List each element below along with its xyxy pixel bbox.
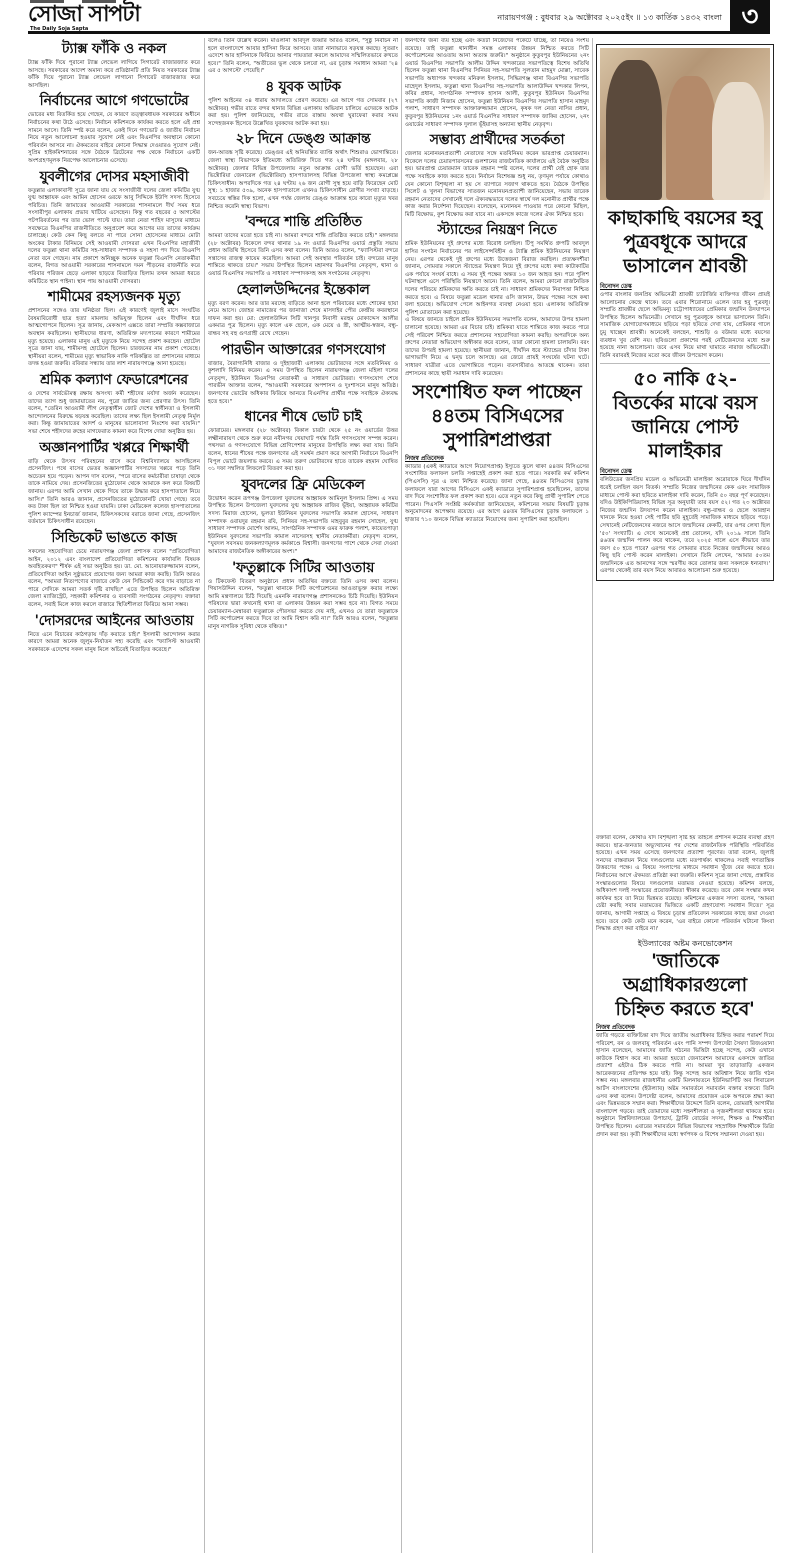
article-collaborators: 'দোসরদের আইনের আওতায় নিতে এনে বিচারের ক… bbox=[28, 612, 200, 655]
article-referendum: নির্বাচনের আগে গণভোটের ভোরের মধ্য বিতর্ক… bbox=[28, 92, 200, 165]
column-3: জনগণের জন্য ব্যয় হচ্ছে এবং কতটা নিজেদের… bbox=[405, 38, 589, 1553]
headline: ট্যাক্স ফাঁকি ও নকল bbox=[28, 40, 200, 58]
headline: 'জাতিকে অগ্রাধিকারগুলো চিহ্নিত করতে হবে' bbox=[596, 949, 774, 1021]
article-obituary: হেলালউদ্দিনের ইন্তেকাল মৃত্যু বরণ করেন। … bbox=[208, 281, 398, 339]
byline: নিজস্ব প্রতিবেদক bbox=[405, 456, 589, 464]
headline: সিন্ডিকেট ভাঙতে কাজ bbox=[28, 529, 200, 547]
column-1: ট্যাক্স ফাঁকি ও নকল ট্যাক্স ফাঁকি দিয়ে … bbox=[28, 38, 200, 1553]
headline: নির্বাচনের আগে গণভোটের bbox=[28, 92, 200, 110]
headline: যুবদলের ফ্রি মেডিকেল bbox=[208, 476, 398, 494]
headline: শ্রমিক কল্যাণ ফেডারেশনের bbox=[28, 371, 200, 389]
article-body: ফোরামের। মঙ্গলবার (২৮ অক্টোবর) বিকাল চার… bbox=[208, 428, 398, 474]
masthead: সোজা সাপটা The Daily Soja Sapta নারায়ণগ… bbox=[28, 0, 770, 34]
article-body: শ্রমিক ইউনিয়নের দুই গ্রুপের মধ্যে বিরোধ… bbox=[405, 241, 589, 317]
article-shamim-death: শামীমের রহস্যজনক মৃত্যু প্রশাসনের সঙ্গেও… bbox=[28, 288, 200, 369]
byline: নিজস্ব প্রতিবেদক bbox=[596, 1025, 774, 1033]
article-body: আমরা তাদের মতো হতে চাই না। আমরা বন্দরে শ… bbox=[208, 233, 398, 279]
person-figure bbox=[666, 76, 716, 200]
article-candidates-caution: সম্ভাব্য প্রার্থীদের সতর্কতা জেলার মনোনয… bbox=[405, 131, 589, 219]
article-body: জেলার মনোনয়নপ্রত্যাশী নেতাদের সঙ্গে মতব… bbox=[405, 151, 589, 219]
headline: হেলালউদ্দিনের ইন্তেকাল bbox=[208, 281, 398, 299]
news-photo bbox=[600, 48, 770, 200]
article-labour-federation: শ্রমিক কল্যাণ ফেডারেশনের ও দেশের সার্বভৌ… bbox=[28, 371, 200, 437]
article-stand-control: স্ট্যান্ডের নিয়ন্ত্রণ নিতে শ্রমিক ইউনিয… bbox=[405, 221, 589, 378]
headline: 'বন্দরে শান্তি প্রতিষ্ঠিত bbox=[208, 213, 398, 231]
article-bandar-peace: 'বন্দরে শান্তি প্রতিষ্ঠিত আমরা তাদের মতো… bbox=[208, 213, 398, 279]
article-body: উদ্বোধন করেন রূপগঞ্জ উপজেলা যুবদলের আহ্ব… bbox=[208, 496, 398, 557]
article-body: জন-আতঙ্ক সৃষ্টি করেছে। ডেঙ্গুর এই অনিয়ন… bbox=[208, 150, 398, 211]
article-student-drugged: অজ্ঞানপার্টির খপ্পরে শিক্ষার্থী বাড়ি থে… bbox=[28, 439, 200, 527]
article-body: ও দেশের সার্বভৌমত্ব রক্ষায় অসংখ্য কর্মী… bbox=[28, 391, 200, 437]
article-free-medical: যুবদলের ফ্রি মেডিকেল উদ্বোধন করেন রূপগঞ্… bbox=[208, 476, 398, 557]
article-body: এ বিষয়ে জানতে চাইলে শ্রমিক ইউনিয়নের সভ… bbox=[405, 317, 589, 378]
page-number: ৩ bbox=[730, 0, 770, 34]
article-body: বলিউডের জনপ্রিয় মডেল ও অভিনেত্রী মালাইক… bbox=[600, 477, 770, 576]
headline: শামীমের রহস্যজনক মৃত্যু bbox=[28, 288, 200, 306]
byline: বিনোদন ডেস্ক bbox=[600, 282, 770, 292]
divider bbox=[600, 363, 770, 364]
column-divider bbox=[401, 38, 402, 1553]
article-body: নিতে এনে বিচারের কাঠগড়ায় দাঁড় করাতে চ… bbox=[28, 632, 200, 655]
headline: ৪ যুবক আটক bbox=[208, 78, 398, 96]
headline: স্ট্যান্ডের নিয়ন্ত্রণ নিতে bbox=[405, 221, 589, 239]
article-syndicate: সিন্ডিকেট ভাঙতে কাজ সকলের সহযোগিতা চেয়ে… bbox=[28, 529, 200, 610]
article-body: সকলের সহযোগিতা চেয়ে নারায়ণগঞ্জ জেলা প্… bbox=[28, 549, 200, 610]
person-figure bbox=[712, 82, 764, 200]
article-body: বাজার, বৈরাগ্যনিধি বাজার ও দুইহাজারী এলা… bbox=[208, 361, 398, 407]
headline: সম্ভাব্য প্রার্থীদের সতর্কতা bbox=[405, 131, 589, 149]
headline: অজ্ঞানপার্টির খপ্পরে শিক্ষার্থী bbox=[28, 439, 200, 457]
article-body: ও টিকফেস্ট বিতরণ অনুষ্ঠানে প্রধান অতিথির… bbox=[208, 579, 398, 632]
headline: ২৮ দিনে ডেঙ্গু আক্রান্ত bbox=[208, 130, 398, 148]
headline: ৫০ নাকি ৫২- বিতর্কের মাঝে বয়স জানিয়ে প… bbox=[600, 367, 770, 463]
byline: বিনোদন ডেস্ক bbox=[600, 467, 770, 477]
person-figure bbox=[606, 60, 662, 200]
headline: কাছাকাছি বয়সের হবু পুত্রবধূকে আদরে ভাসা… bbox=[600, 206, 770, 278]
article-body: মৃত্যু বরণ করেন। আর তার মরদেহ বাড়িতে আন… bbox=[208, 301, 398, 339]
headline: 'দোসরদের আইনের আওতায় bbox=[28, 612, 200, 630]
article-tax-evasion: ট্যাক্স ফাঁকি ও নকল ট্যাক্স ফাঁকি দিয়ে … bbox=[28, 40, 200, 90]
article-body: ক্যাডার (একই ক্যাডারে আগে নিয়োগপ্রাপ্ত)… bbox=[405, 464, 589, 525]
article-body: ওপার বাংলার জনপ্রিয় অভিনেত্রী শ্রাবন্তী… bbox=[600, 292, 770, 360]
dateline: নারায়ণগঞ্জ : বুধবার ২৯ অক্টোবর ২০২৫ইং ॥… bbox=[497, 12, 722, 25]
newspaper-logo: সোজা সাপটা bbox=[28, 2, 140, 26]
article-vote-request: ধানের শীষে ভোট চাই ফোরামের। মঙ্গলবার (২৮… bbox=[208, 408, 398, 474]
entertainment-box: কাছাকাছি বয়সের হবু পুত্রবধূকে আদরে ভাসা… bbox=[596, 44, 774, 581]
article-continuation: বক্তারা বলেন, কোথাও যদি বিশৃঙ্খলা সৃষ্টি… bbox=[596, 835, 774, 934]
article-body: প্রশাসনের সঙ্গেও তার ঘনিষ্ঠতা ছিল। এই কা… bbox=[28, 308, 200, 369]
headline: পারভীন আক্তারের গণসংযোগ bbox=[208, 341, 398, 359]
article-fatullah-city: 'ফতুল্লাকে সিটির আওতায় ও টিকফেস্ট বিতরণ… bbox=[208, 559, 398, 632]
article-dengue: ২৮ দিনে ডেঙ্গু আক্রান্ত জন-আতঙ্ক সৃষ্টি … bbox=[208, 130, 398, 211]
article-body: ভোরের মধ্য বিতর্কিত হয়ে গেছেন, যে কারণে… bbox=[28, 112, 200, 165]
article-jubo-league: যুবলীগের দোসর মহসাজীবী ফতুল্লার এলাকাবাস… bbox=[28, 168, 200, 287]
column-4-lower: বক্তারা বলেন, কোথাও যদি বিশৃঙ্খলা সৃষ্টি… bbox=[596, 835, 774, 1553]
article-body: জাতি গড়তে ব্যক্তিচিন্তা বাদ দিয়ে জাতীয… bbox=[596, 1033, 774, 1139]
headline: যুবলীগের দোসর মহসাজীবী bbox=[28, 168, 200, 186]
headline: সংশোধিত ফল পাচ্ছেন ৪৪তম বিসিএসের সুপারিশ… bbox=[405, 380, 589, 452]
article-continuation: বলেও তিনি উল্লেখ করেন। মাওলানা আবদুল জব্… bbox=[208, 38, 398, 76]
kicker: ইউল্যাবের অষ্টম কনভোকেশন bbox=[596, 940, 774, 948]
article-body: ট্যাক্স ফাঁকি দিয়ে পুরানো ট্যাক্স লেভেল… bbox=[28, 60, 200, 90]
headline: ধানের শীষে ভোট চাই bbox=[208, 408, 398, 426]
article-body: পুলিশ আইনের ৩৪ ধারায় আদালতে প্রেরণ করেছ… bbox=[208, 98, 398, 128]
column-2: বলেও তিনি উল্লেখ করেন। মাওলানা আবদুল জব্… bbox=[208, 38, 398, 1553]
headline: 'ফতুল্লাকে সিটির আওতায় bbox=[208, 559, 398, 577]
article-continuation: জনগণের জন্য ব্যয় হচ্ছে এবং কতটা নিজেদের… bbox=[405, 38, 589, 129]
article-body: ফতুল্লার এলাকাবাসী সুত্রে জানা যায় যে স… bbox=[28, 188, 200, 287]
article-campaign: পারভীন আক্তারের গণসংযোগ বাজার, বৈরাগ্যনি… bbox=[208, 341, 398, 407]
article-body: বাড়ি থেকে উৎসব পরিবহনের বাসে করে বিশ্বব… bbox=[28, 459, 200, 527]
newspaper-logo-subtitle: The Daily Soja Sapta bbox=[30, 26, 88, 32]
article-four-arrested: ৪ যুবক আটক পুলিশ আইনের ৩৪ ধারায় আদালতে … bbox=[208, 78, 398, 128]
column-divider bbox=[204, 38, 205, 1553]
article-bcs-results: সংশোধিত ফল পাচ্ছেন ৪৪তম বিসিএসের সুপারিশ… bbox=[405, 380, 589, 524]
column-divider bbox=[592, 38, 593, 1553]
